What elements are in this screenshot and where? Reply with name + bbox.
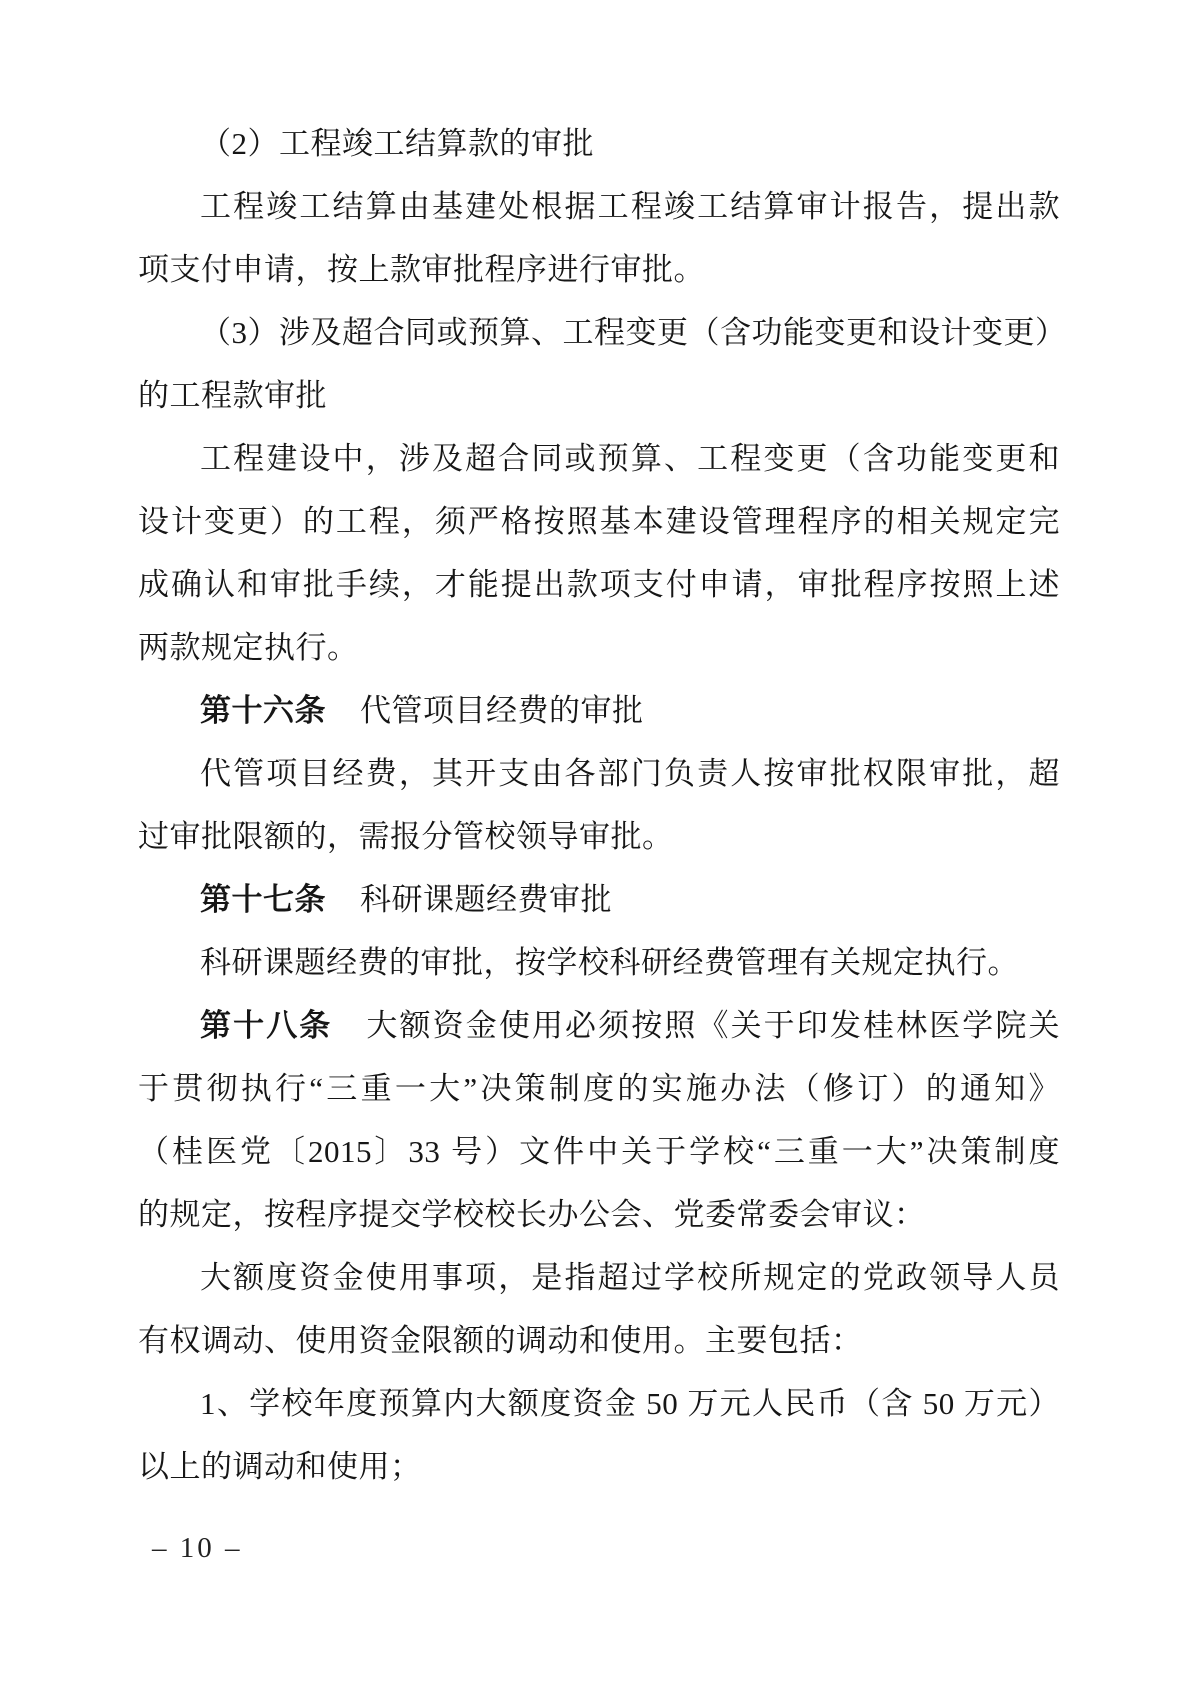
paragraph-line: 成确认和审批手续，才能提出款项支付申请，审批程序按照上述: [138, 553, 1060, 616]
article-16-heading: 第十六条代管项目经费的审批: [138, 679, 1060, 742]
numbered-item-1-line-cont: 以上的调动和使用；: [138, 1435, 1060, 1498]
paragraph-line: 有权调动、使用资金限额的调动和使用。主要包括：: [138, 1309, 1060, 1372]
paragraph-line: 的规定，按程序提交学校校长办公会、党委常委会审议：: [138, 1183, 1060, 1246]
paragraph-line: 科研课题经费的审批，按学校科研经费管理有关规定执行。: [138, 931, 1060, 994]
document-page: （2）工程竣工结算款的审批 工程竣工结算由基建处根据工程竣工结算审计报告，提出款…: [0, 0, 1199, 1696]
paragraph-line: 大额度资金使用事项，是指超过学校所规定的党政领导人员: [138, 1246, 1060, 1309]
paragraph-line: 工程建设中，涉及超合同或预算、工程变更（含功能变更和: [138, 427, 1060, 490]
article-18-text: 大额资金使用必须按照《关于印发桂林医学院关: [366, 1008, 1060, 1043]
paragraph-line: 代管项目经费，其开支由各部门负责人按审批权限审批，超: [138, 742, 1060, 805]
article-16-title: 代管项目经费的审批: [360, 693, 644, 728]
article-18-number: 第十八条: [200, 1008, 332, 1043]
article-17-title: 科研课题经费审批: [360, 882, 612, 917]
page-number: – 10 –: [152, 1527, 243, 1569]
article-17-number: 第十七条: [200, 882, 326, 917]
article-18-heading: 第十八条大额资金使用必须按照《关于印发桂林医学院关: [138, 994, 1060, 1057]
numbered-item-1-line: 1、学校年度预算内大额度资金 50 万元人民币（含 50 万元）: [138, 1372, 1060, 1435]
paragraph-line: 两款规定执行。: [138, 616, 1060, 679]
paragraph-line: 于贯彻执行“三重一大”决策制度的实施办法（修订）的通知》: [138, 1057, 1060, 1120]
paragraph-line: 项支付申请，按上款审批程序进行审批。: [138, 238, 1060, 301]
document-body: （2）工程竣工结算款的审批 工程竣工结算由基建处根据工程竣工结算审计报告，提出款…: [138, 112, 1060, 1498]
list-item-3-heading-cont: 的工程款审批: [138, 364, 1060, 427]
list-item-3-heading: （3）涉及超合同或预算、工程变更（含功能变更和设计变更）: [138, 301, 1060, 364]
paragraph-line: 过审批限额的，需报分管校领导审批。: [138, 805, 1060, 868]
article-17-heading: 第十七条科研课题经费审批: [138, 868, 1060, 931]
paragraph-line: 工程竣工结算由基建处根据工程竣工结算审计报告，提出款: [138, 175, 1060, 238]
paragraph-line: 设计变更）的工程，须严格按照基本建设管理程序的相关规定完: [138, 490, 1060, 553]
paragraph-line: （桂医党〔2015〕33 号）文件中关于学校“三重一大”决策制度: [138, 1120, 1060, 1183]
list-item-2-heading: （2）工程竣工结算款的审批: [138, 112, 1060, 175]
article-16-number: 第十六条: [200, 693, 326, 728]
